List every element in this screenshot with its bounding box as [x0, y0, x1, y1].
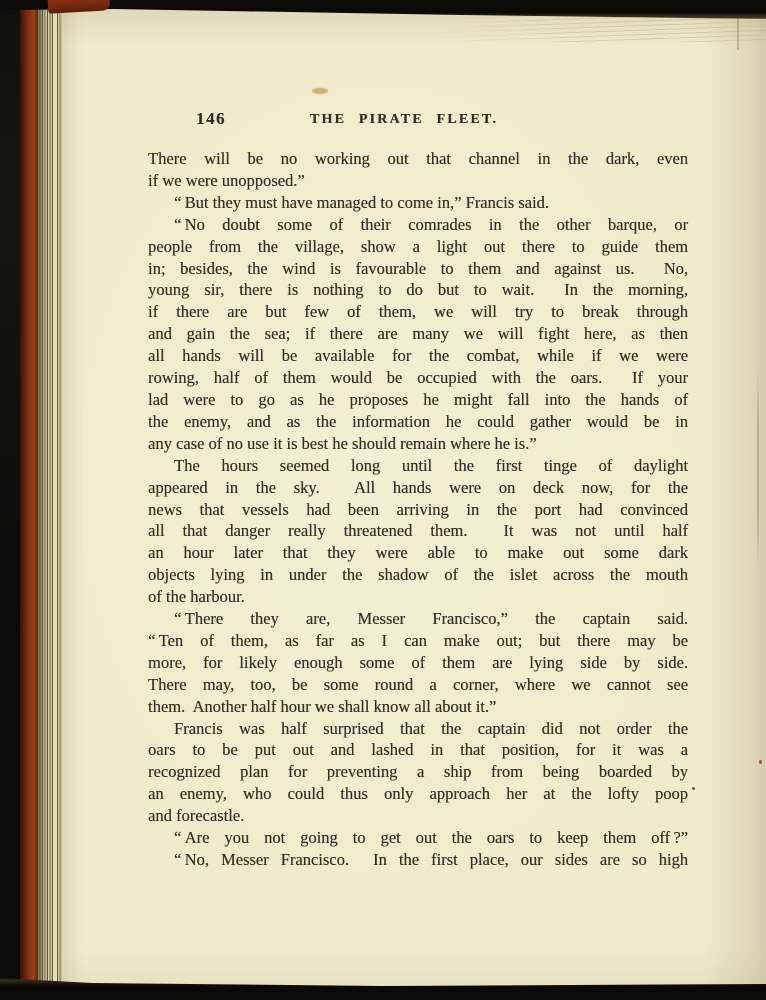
- text-line: objects lying in under the shadow of the…: [148, 564, 688, 586]
- text-line: news that vessels had been arriving in t…: [148, 499, 688, 521]
- text-line: an hour later that they were able to mak…: [148, 542, 688, 564]
- text-line: “ But they must have managed to come in,…: [148, 192, 688, 214]
- text-line: and gain the sea; if there are many we w…: [148, 323, 688, 345]
- page-header: 146 THE PIRATE FLEET.: [148, 110, 688, 130]
- text-line: “ There they are, Messer Francisco,” the…: [148, 608, 688, 630]
- page-crease: [757, 372, 759, 567]
- page-edges-stack: [38, 5, 64, 989]
- ink-speck: [692, 787, 695, 790]
- text-line: if we were unopposed.”: [148, 170, 688, 192]
- text-line: young sir, there is nothing to do but to…: [148, 279, 688, 301]
- text-line: an enemy, who could thus only approach h…: [148, 783, 688, 805]
- text-line: “ No, Messer Francisco. In the first pla…: [148, 849, 688, 871]
- text-line: if there are but few of them, we will tr…: [148, 301, 688, 323]
- text-line: them. Another half hour we shall know al…: [148, 696, 688, 718]
- text-line: appeared in the sky. All hands were on d…: [148, 477, 688, 499]
- running-title: THE PIRATE FLEET.: [134, 110, 674, 129]
- text-line: recognized plan for preventing a ship fr…: [148, 761, 688, 783]
- text-line: There will be no working out that channe…: [148, 148, 688, 170]
- text-line: the enemy, and as the information he cou…: [148, 411, 688, 433]
- page-body: There will be no working out that channe…: [148, 148, 688, 871]
- book-page: 146 THE PIRATE FLEET. There will be no w…: [62, 8, 766, 986]
- text-line: Francis was half surprised that the capt…: [148, 718, 688, 740]
- text-line: and forecastle.: [148, 805, 688, 827]
- paper-smudge: [312, 88, 328, 94]
- red-speck: [759, 760, 762, 764]
- book-photograph: 146 THE PIRATE FLEET. There will be no w…: [0, 0, 766, 1000]
- book-cover-edge: [20, 3, 39, 993]
- printed-content: 146 THE PIRATE FLEET. There will be no w…: [148, 110, 688, 871]
- text-line: of the harbour.: [148, 586, 688, 608]
- text-line: rowing, half of them would be occupied w…: [148, 367, 688, 389]
- text-line: any case of no use it is best he should …: [148, 433, 688, 455]
- text-line: There may, too, be some round a corner, …: [148, 674, 688, 696]
- text-line: more, for likely enough some of them are…: [148, 652, 688, 674]
- text-line: The hours seemed long until the first ti…: [148, 455, 688, 477]
- text-line: people from the village, show a light ou…: [148, 236, 688, 258]
- text-line: all that danger really threatened them. …: [148, 520, 688, 542]
- text-line: “ No doubt some of their comrades in the…: [148, 214, 688, 236]
- text-line: all hands will be available for the comb…: [148, 345, 688, 367]
- text-line: lad were to go as he proposes he might f…: [148, 389, 688, 411]
- text-line: in; besides, the wind is favourable to t…: [148, 258, 688, 280]
- text-line: oars to be put out and lashed in that po…: [148, 739, 688, 761]
- text-line: “ Ten of them, as far as I can make out;…: [148, 630, 688, 652]
- text-line: “ Are you not going to get out the oars …: [148, 827, 688, 849]
